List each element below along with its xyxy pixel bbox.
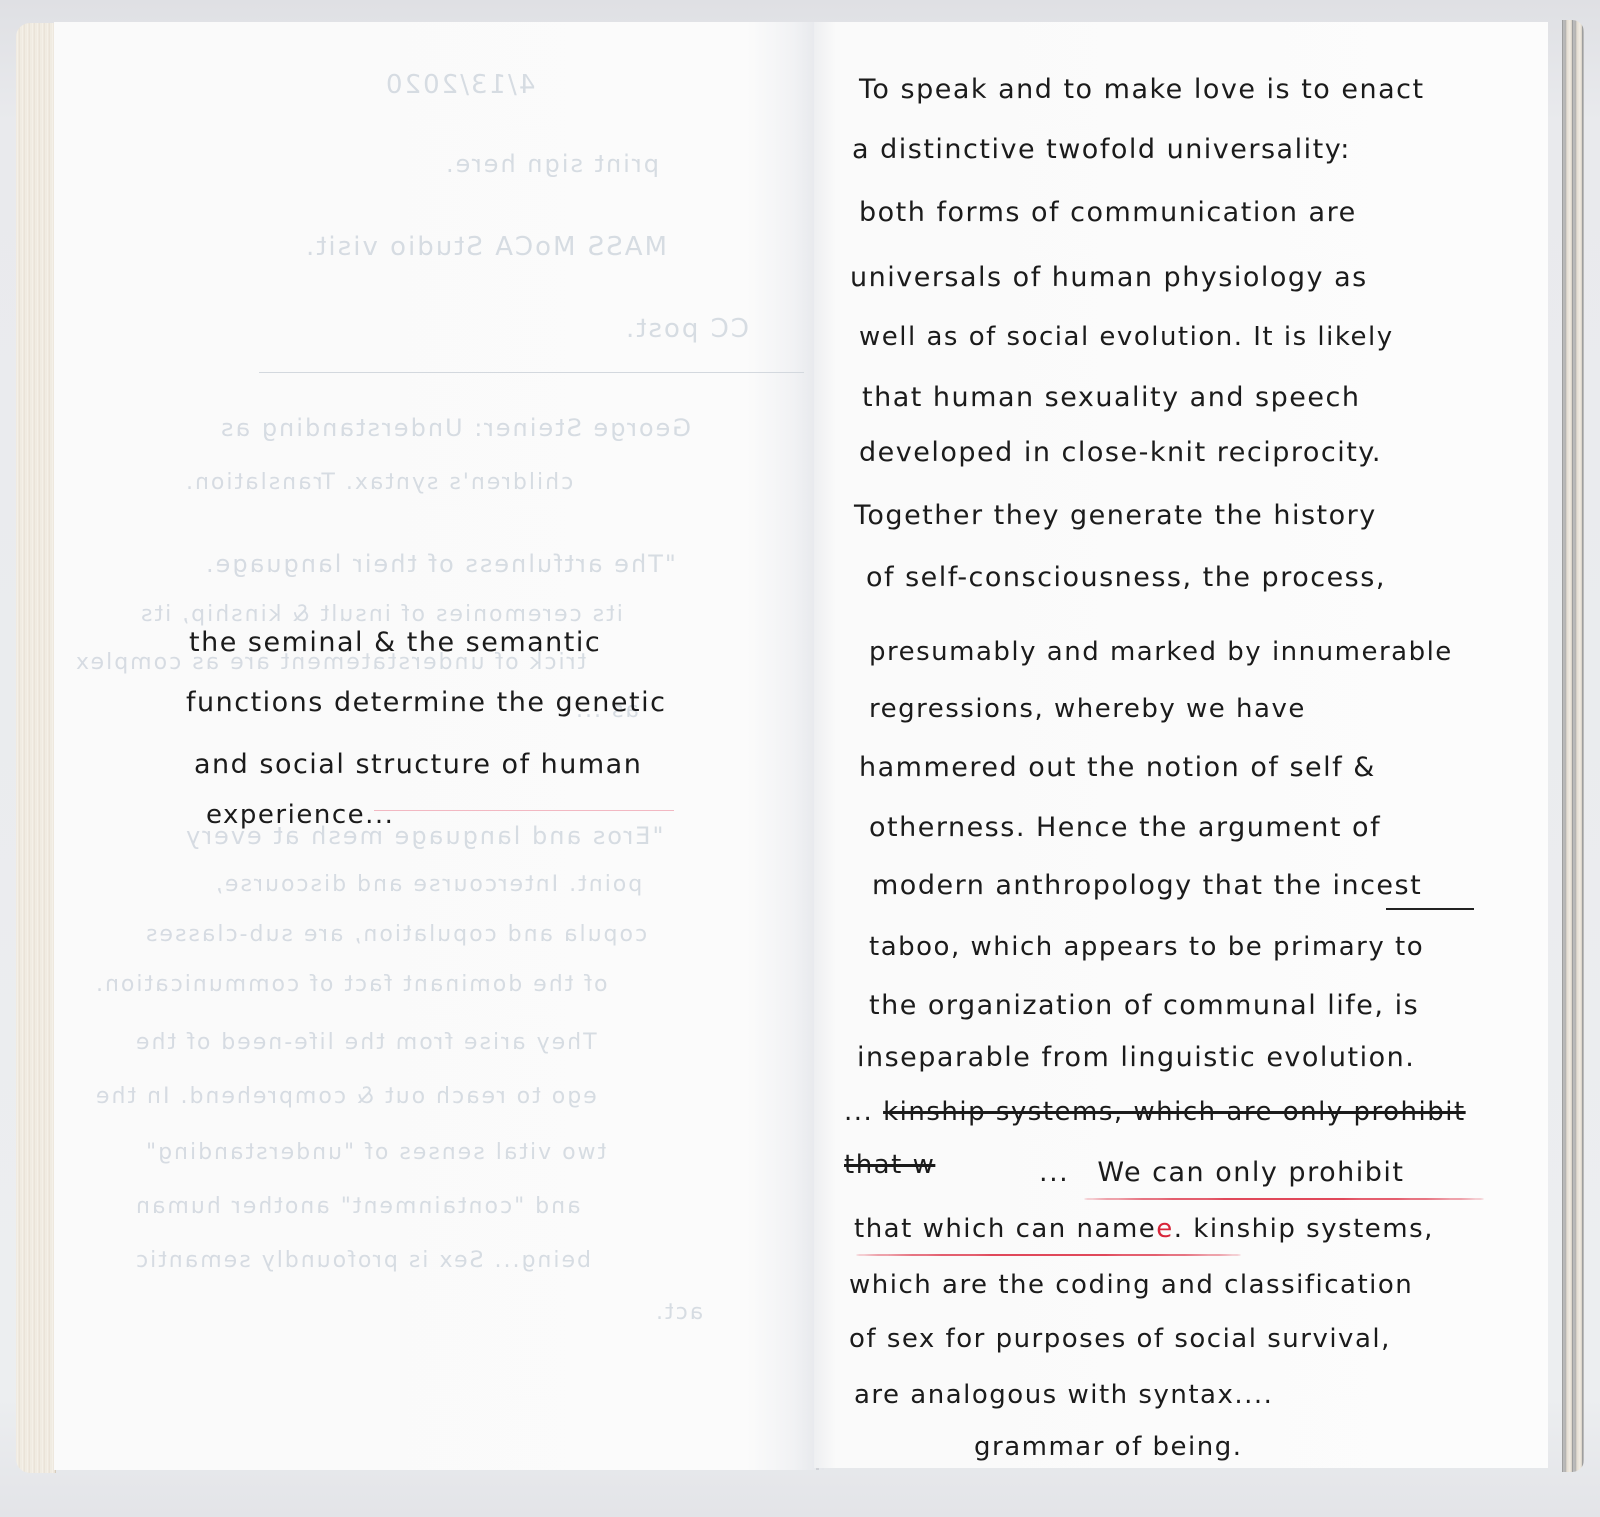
continuation-text: . kinship systems, [1174,1214,1434,1244]
show-through-line: 4/13/2020 [384,70,535,100]
red-underline [1084,1198,1484,1200]
text-line: that human sexuality and speech [862,382,1360,413]
show-through-line: and "containment" another human [134,1194,581,1219]
text-line: hammered out the notion of self & [859,752,1376,783]
text-line: To speak and to make love is to enact [859,74,1425,105]
text-line: well as of social evolution. It is likel… [859,322,1394,352]
note-line: and social structure of human [194,749,642,780]
show-through-line: MASS MoCA Studio visit. [304,232,667,262]
show-through-line: being... Sex is profoundly semantic [134,1248,591,1273]
text-line: modern anthropology that the incest [872,870,1422,901]
struck-line: that w [844,1150,935,1180]
struck-line: ... kinship systems, which are only proh… [844,1097,1466,1127]
left-page: 4/13/2020 print sign here. MASS MoCA Stu… [54,22,824,1470]
red-correction: e [1156,1214,1174,1244]
right-page: To speak and to make love is to enact a … [814,22,1548,1468]
note-line: functions determine the genetic [186,687,666,718]
incest-underline [1386,908,1474,910]
text-line: the organization of communal life, is [869,990,1419,1021]
highlight-line-a: ... We can only prohibit [1039,1157,1404,1188]
struck-text: kinship systems, which are only prohibit [883,1097,1466,1127]
text-line: presumably and marked by innumerable [869,637,1453,667]
text-line: which are the coding and classification [849,1270,1413,1300]
red-underline [856,1254,1241,1256]
show-through-line: ego to reach out & comprehend. In the [94,1084,597,1109]
highlight-phrase: We can only prohibit [1097,1157,1404,1188]
text-line: inseparable from linguistic evolution. [857,1042,1415,1073]
notebook: 4/13/2020 print sign here. MASS MoCA Stu… [16,18,1584,1478]
struck-text: that w [844,1150,935,1180]
text-line: developed in close-knit reciprocity. [859,437,1382,468]
text-line: of self-consciousness, the process, [866,562,1386,593]
show-through-line: two vital senses of "understanding" [144,1140,606,1165]
text-line: regressions, whereby we have [869,694,1306,724]
divider-rule [259,372,804,373]
show-through-line: children's syntax. Translation. [184,470,573,495]
highlight-phrase: that which can name [854,1214,1156,1244]
text-line: are analogous with syntax.... [854,1380,1273,1410]
note-line: experience... [206,800,394,830]
show-through-line: George Steiner: Understanding as [219,414,691,442]
closing-phrase: grammar of being. [974,1432,1242,1462]
show-through-line: act. [654,1300,703,1325]
show-through-line: "The artfulness of their language. [204,550,676,578]
faint-red-underline [374,810,674,811]
show-through-line: of the dominant fact of communication. [94,972,608,997]
show-through-line: print sign here. [444,150,659,178]
text-line: otherness. Hence the argument of [869,812,1381,843]
show-through-line: CC post. [624,314,749,344]
scanned-notebook-spread: 4/13/2020 print sign here. MASS MoCA Stu… [0,0,1600,1517]
ellipsis: ... [844,1097,873,1127]
text-line: a distinctive twofold universality: [852,134,1351,165]
page-block-left-edge [16,23,56,1473]
note-line: the seminal & the semantic [189,627,601,658]
text-line: of sex for purposes of social survival, [849,1324,1391,1354]
ellipsis: ... [1039,1157,1069,1188]
show-through-line: They arise from the life-need of the [134,1030,597,1055]
text-line: taboo, which appears to be primary to [869,932,1424,962]
show-through-line: copula and copulation, are sub-classes [144,922,647,947]
page-block-right-edge [1562,20,1584,1472]
show-through-line: point. Intercourse and discourse, [214,872,642,897]
text-line: Together they generate the history [854,500,1377,531]
highlight-line-b: that which can namee. kinship systems, [854,1214,1434,1244]
show-through-line: its ceremonies of insult & kinship, its [139,602,623,627]
text-line: both forms of communication are [859,197,1357,228]
text-line: universals of human physiology as [850,262,1368,293]
